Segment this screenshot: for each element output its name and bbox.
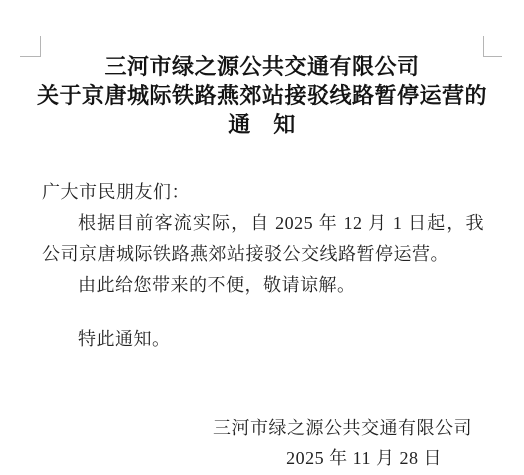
document-body: 广大市民朋友们： 根据目前客流实际，自 2025 年 12 月 1 日起，我公司… <box>42 177 484 355</box>
salutation-line: 广大市民朋友们： <box>42 177 484 208</box>
title-notice-line: 通 知 <box>0 110 524 139</box>
margin-crop-mark-left <box>20 36 41 57</box>
title-subject-line: 关于京唐城际铁路燕郊站接驳线路暂停运营的 <box>0 81 524 110</box>
notice-document-page: 三河市绿之源公共交通有限公司 关于京唐城际铁路燕郊站接驳线路暂停运营的 通 知 … <box>0 0 524 475</box>
document-title: 三河市绿之源公共交通有限公司 关于京唐城际铁路燕郊站接驳线路暂停运营的 通 知 <box>0 52 524 139</box>
body-paragraph-1: 根据目前客流实际，自 2025 年 12 月 1 日起，我公司京唐城际铁路燕郊站… <box>42 208 484 270</box>
signature-date: 2025 年 11 月 28 日 <box>0 443 524 473</box>
closing-line: 特此通知。 <box>42 324 484 355</box>
body-paragraph-2: 由此给您带来的不便，敬请谅解。 <box>42 270 484 301</box>
signature-company: 三河市绿之源公共交通有限公司 <box>0 413 524 443</box>
signature-block: 三河市绿之源公共交通有限公司 2025 年 11 月 28 日 <box>0 413 524 473</box>
margin-crop-mark-right <box>483 36 502 57</box>
title-company-line: 三河市绿之源公共交通有限公司 <box>0 52 524 81</box>
